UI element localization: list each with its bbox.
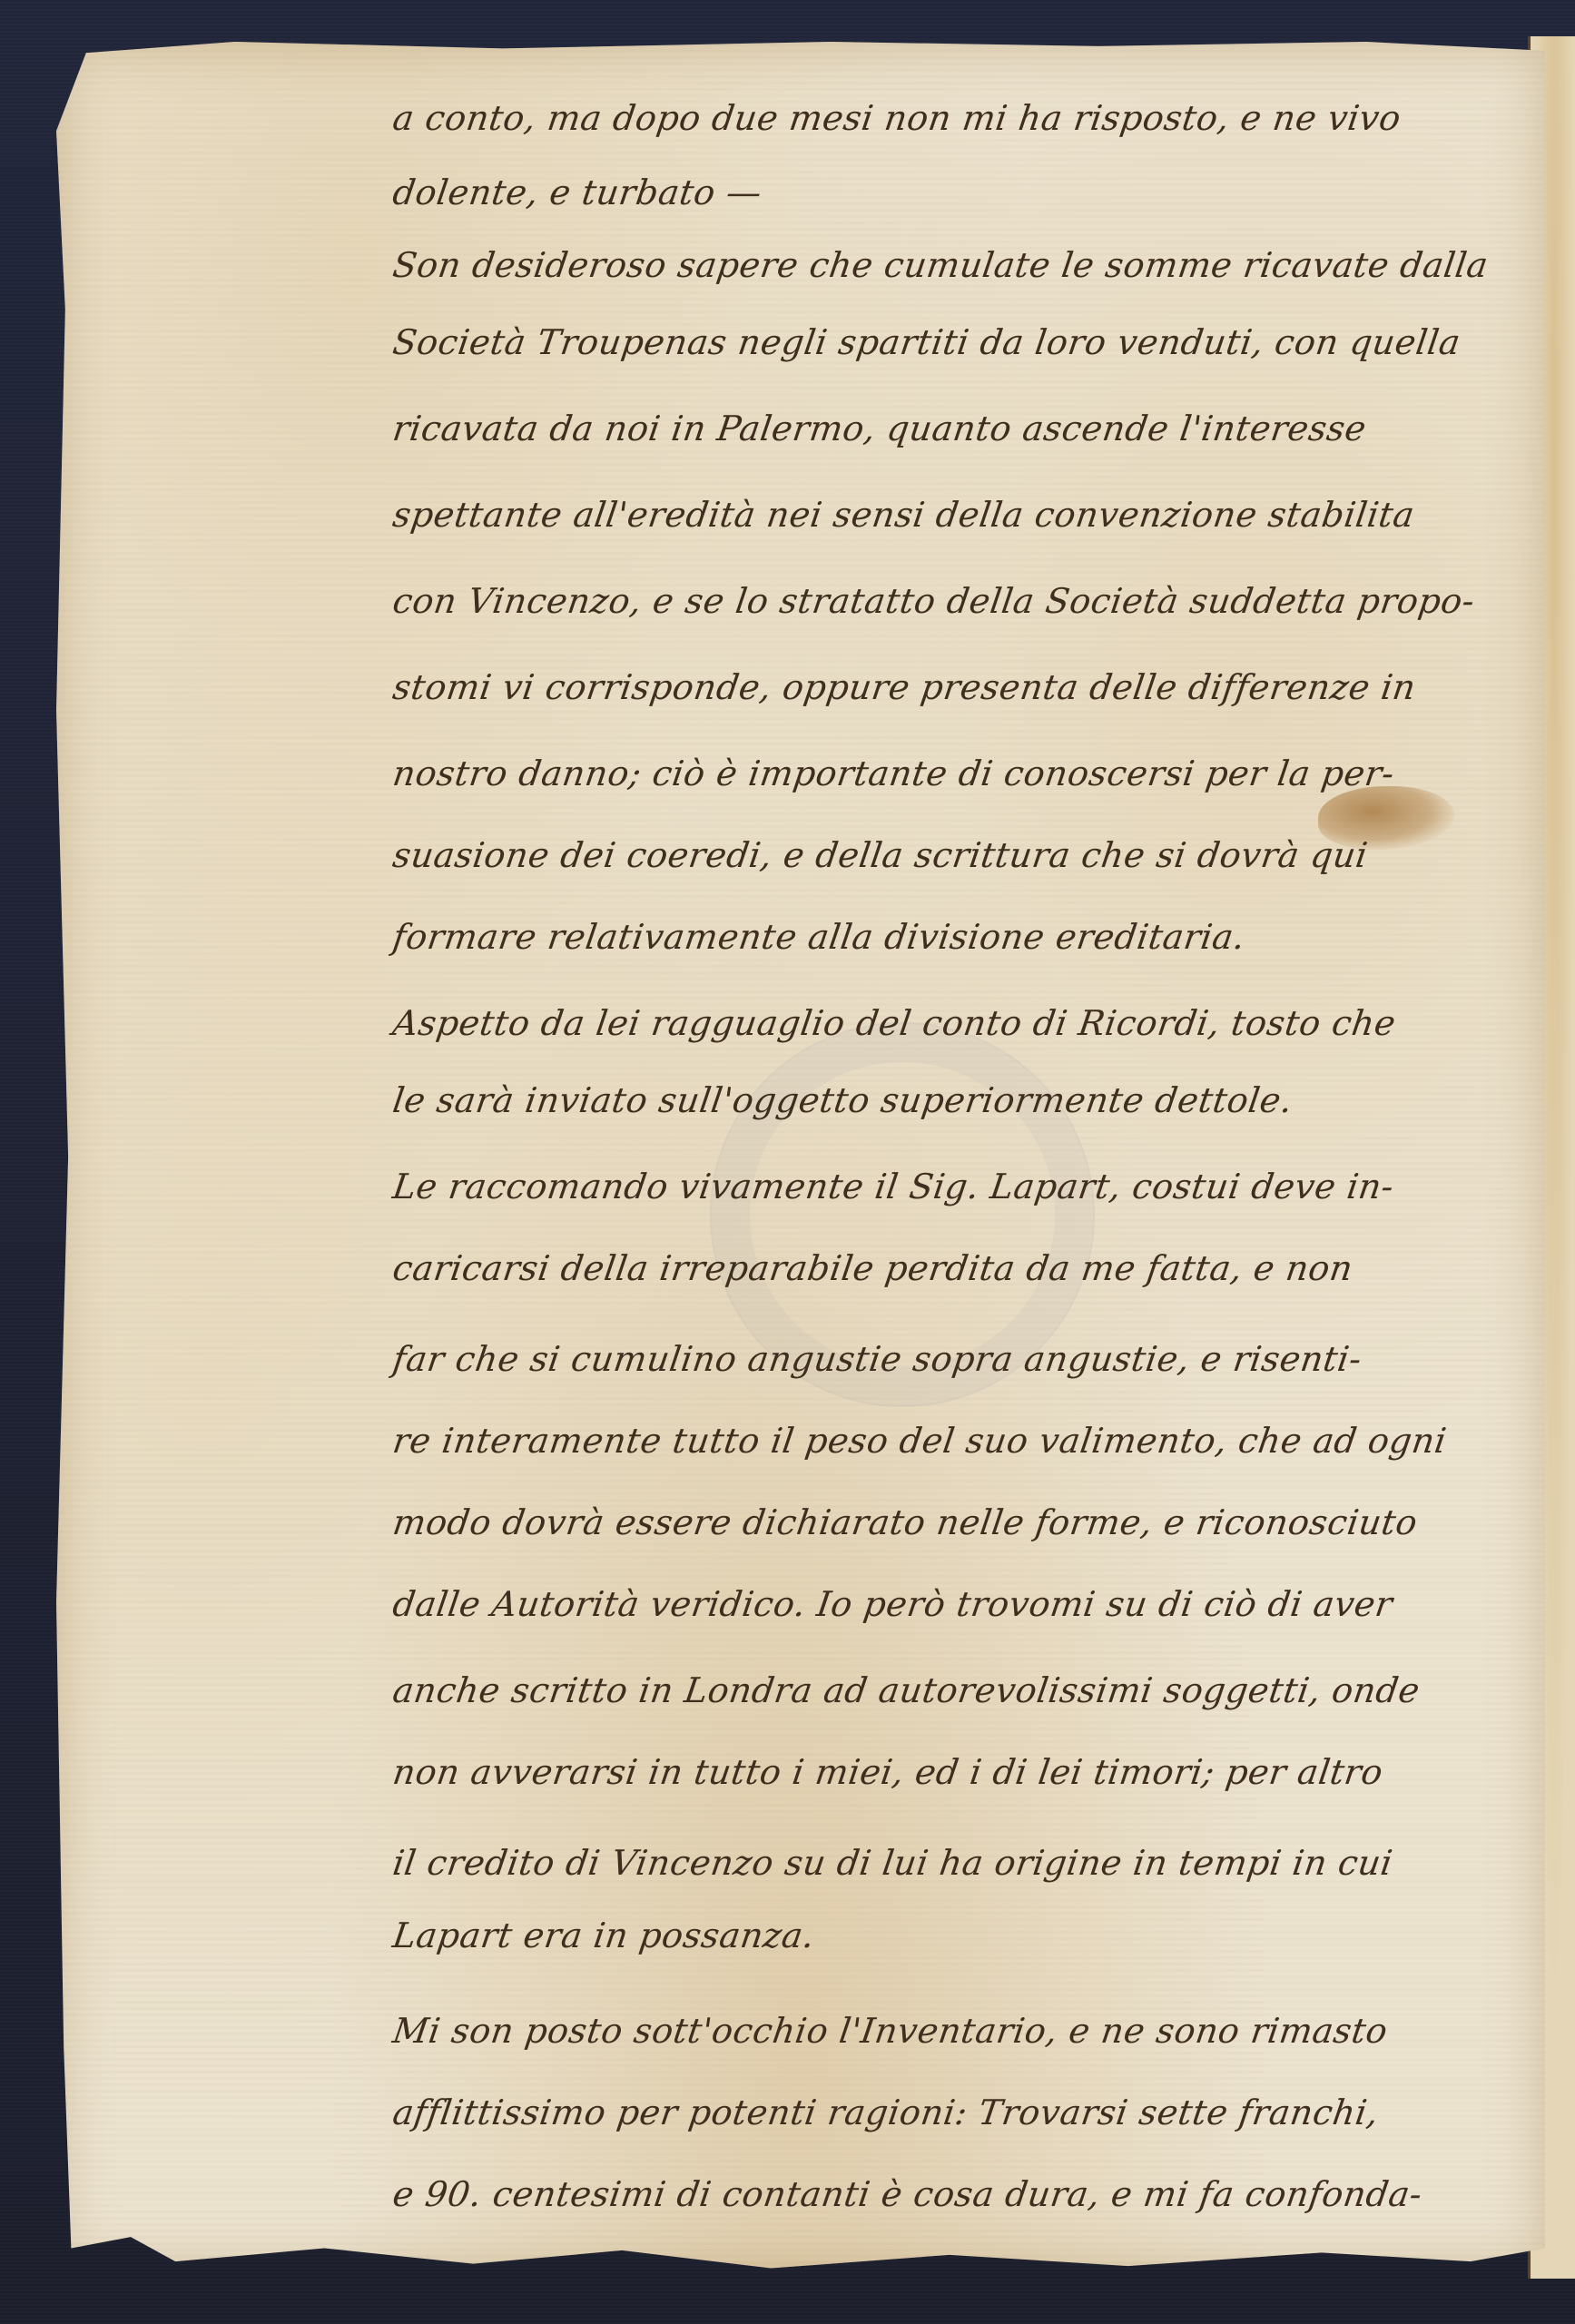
manuscript-line: ricavata da noi in Palermo, quanto ascen… — [390, 409, 1369, 448]
manuscript-line: spettante all'eredità nei sensi della co… — [390, 495, 1417, 535]
manuscript-line: Società Troupenas negli spartiti da loro… — [390, 322, 1463, 362]
manuscript-line: con Vincenzo, e se lo stratatto della So… — [390, 581, 1477, 621]
manuscript-line: e 90. centesimi di contanti è cosa dura,… — [390, 2174, 1425, 2214]
manuscript-line: le sarà inviato sull'oggetto superiormen… — [390, 1080, 1295, 1120]
manuscript-line: anche scritto in Londra ad autorevolissi… — [390, 1670, 1422, 1710]
manuscript-line: suasione dei coeredi, e della scrittura … — [390, 835, 1370, 875]
manuscript-line: dolente, e turbato — — [390, 172, 764, 212]
manuscript-line: a conto, ma dopo due mesi non mi ha risp… — [390, 98, 1403, 138]
manuscript-line: Le raccomando vivamente il Sig. Lapart, … — [390, 1167, 1396, 1206]
manuscript-line: non avverarsi in tutto i miei, ed i di l… — [390, 1752, 1385, 1792]
manuscript-line: caricarsi della irreparabile perdita da … — [390, 1248, 1355, 1288]
manuscript-line: modo dovrà essere dichiarato nelle forme… — [390, 1502, 1420, 1542]
manuscript-line: dalle Autorità veridico. Io però trovomi… — [390, 1584, 1395, 1624]
manuscript-line: afflittissimo per potenti ragioni: Trova… — [390, 2093, 1382, 2132]
manuscript-line: nostro danno; ciò è importante di conosc… — [390, 753, 1397, 793]
manuscript-line: formare relativamente alla divisione ere… — [390, 917, 1248, 957]
manuscript-line: Mi son posto sott'occhio l'Inventario, e… — [390, 2011, 1390, 2051]
manuscript-line: stomi vi corrisponde, oppure presenta de… — [390, 667, 1418, 707]
manuscript-line: Lapart era in possanza. — [390, 1915, 817, 1955]
manuscript-line: Aspetto da lei ragguaglio del conto di R… — [390, 1003, 1398, 1043]
manuscript-line: re interamente tutto il peso del suo val… — [390, 1421, 1449, 1461]
manuscript-line: Son desideroso sapere che cumulate le so… — [390, 245, 1491, 285]
manuscript-line: il credito di Vincenzo su di lui ha orig… — [390, 1843, 1395, 1883]
manuscript-line: far che si cumulino angustie sopra angus… — [390, 1339, 1364, 1379]
